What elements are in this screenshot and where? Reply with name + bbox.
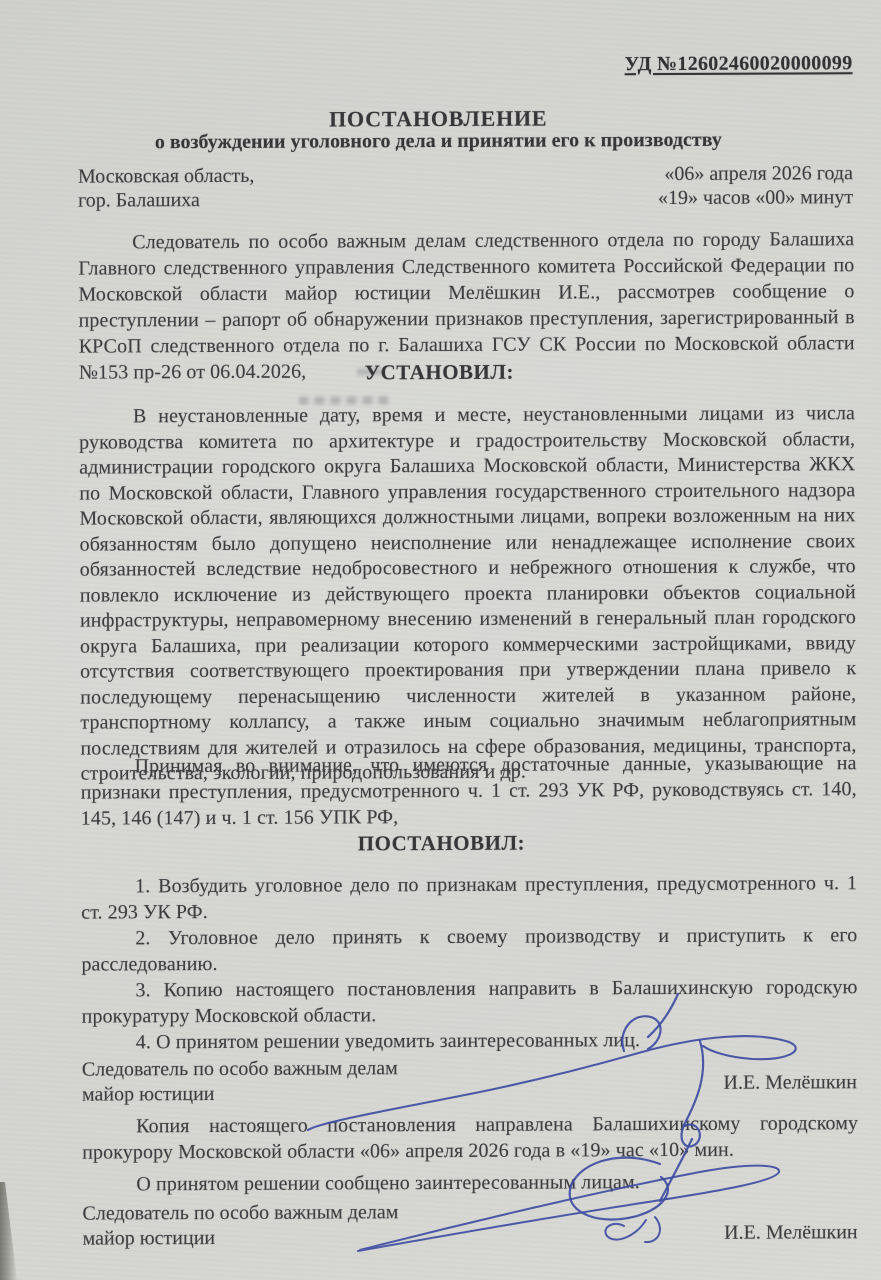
document-page: УД №12602460020000099 ПОСТАНОВЛЕНИЕ о во… <box>0 0 881 1280</box>
place-block: Московская область, гор. Балашиха <box>78 164 255 213</box>
notice-paragraph: О принятом решении сообщено заинтересова… <box>82 1168 858 1197</box>
findings-paragraph: В неустановленные дату, время и месте, н… <box>79 401 857 787</box>
resolution-item: 4. О принятом решении уведомить заинтере… <box>82 1026 858 1055</box>
document-photo: УД №12602460020000099 ПОСТАНОВЛЕНИЕ о во… <box>0 0 881 1280</box>
case-number: УД №12602460020000099 <box>625 52 853 76</box>
datetime-block: «06» апреля 2026 года «19» часов «00» ми… <box>658 161 853 210</box>
place-date-row: Московская область, гор. Балашиха «06» а… <box>78 161 853 212</box>
resolution-list: 1. Возбудить уголовное дело по признакам… <box>81 870 858 1055</box>
section-heading-resolved: ПОСТАНОВИЛ: <box>1 829 881 858</box>
resolution-item: 3. Копию настоящего постановления направ… <box>81 974 857 1029</box>
copy-note-paragraph: Копия настоящего постановления направлен… <box>82 1110 858 1165</box>
investigator-name: И.Е. Мелёшкин <box>723 1070 857 1096</box>
place-line-1: Московская область, <box>78 164 254 189</box>
time-line: «19» часов «00» минут <box>658 185 853 210</box>
date-line: «06» апреля 2026 года <box>658 161 853 186</box>
signature-block-2: Следователь по особо важным делам майор … <box>82 1198 857 1251</box>
place-line-2: гор. Балашиха <box>78 188 254 213</box>
grounds-paragraph: Принимая во внимание, что имеются достат… <box>80 750 856 831</box>
signature-block-1: Следователь по особо важным делам майор … <box>82 1054 857 1107</box>
investigator-name: И.Е. Мелёшкин <box>724 1220 858 1246</box>
section-heading-established: УСТАНОВИЛ: <box>0 358 880 387</box>
document-subtitle: о возбуждении уголовного дела и принятии… <box>0 128 879 155</box>
resolution-item: 2. Уголовное дело принять к своему произ… <box>81 922 857 977</box>
resolution-item: 1. Возбудить уголовное дело по признакам… <box>81 870 857 925</box>
